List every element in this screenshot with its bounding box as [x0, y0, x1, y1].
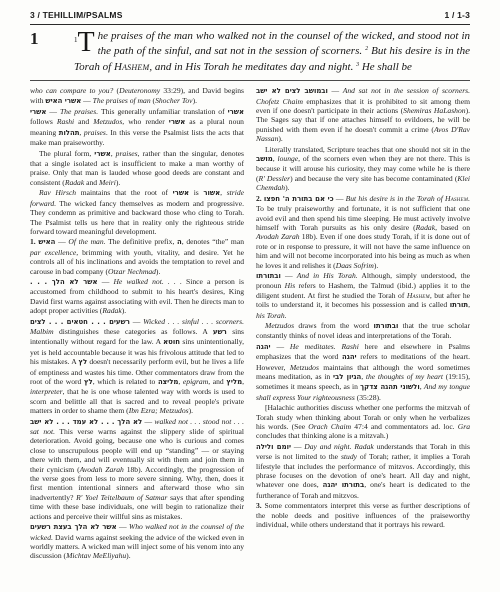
- commentary-paragraph: The plural form, אשרי, praises, rather t…: [30, 149, 244, 188]
- text-run: , denotes “the” man: [182, 237, 244, 246]
- book-page: 3 / TEHILLIM/PSALMS 1 / 1-3 1 1The prais…: [0, 0, 500, 592]
- text-run: לץ: [78, 358, 87, 366]
- text-run: אשור: [203, 189, 220, 197]
- text-run: Avodah Zarah: [80, 465, 124, 474]
- text-run: אשרי האיש: [45, 97, 81, 105]
- text-run: Chofetz Chaim: [256, 97, 303, 106]
- text-run: The plural form,: [39, 149, 94, 158]
- text-run: תהלות: [59, 129, 80, 137]
- text-run: Day and night.: [304, 442, 351, 451]
- commentary-column-left: who can compare to you? (Deuteronomy 33:…: [30, 86, 244, 562]
- text-run: .: [468, 194, 470, 203]
- verse-dropcap-group: 1T: [74, 31, 95, 55]
- text-run: praises: [84, 128, 106, 137]
- text-run: מושב: [256, 155, 273, 163]
- text-run: ).: [116, 178, 120, 187]
- text-run: ).: [374, 261, 378, 270]
- text-run: 47:4 and commentators ad. loc.: [351, 422, 458, 431]
- text-run: study: [341, 452, 357, 461]
- text-run: —: [291, 442, 304, 451]
- text-run: . . . אשר לא הלך: [30, 278, 98, 286]
- text-run: —: [281, 271, 297, 280]
- text-run: Metzudos: [290, 363, 319, 372]
- verse-section: 1 1The praises of the man who walked not…: [30, 30, 470, 74]
- text-run: Metzudos: [265, 321, 294, 330]
- text-run: לא הלך . . . לא עמד . . . לא ישב: [30, 418, 142, 426]
- text-run: and: [74, 117, 93, 126]
- text-run: —: [271, 342, 290, 351]
- text-run: interpreter: [30, 387, 63, 396]
- text-run: Of the man.: [68, 237, 105, 246]
- text-run: אשרי: [169, 118, 185, 126]
- text-run: follows: [30, 117, 57, 126]
- text-run: ).: [189, 406, 193, 415]
- text-run: The praises.: [60, 107, 98, 116]
- text-run: מליץ: [226, 378, 242, 386]
- text-run: , based on: [435, 223, 470, 232]
- text-run: Rashi: [57, 117, 74, 126]
- text-run: אשרי: [173, 189, 189, 197]
- text-run: lounge: [277, 154, 298, 163]
- text-run: ) and because the very site has become c…: [290, 174, 457, 183]
- text-run: בתורתו יהגה: [323, 481, 365, 489]
- commentary-paragraph: ובתורתו — And in His Torah. Although, si…: [256, 271, 470, 320]
- commentary-paragraph: 1. האיש — Of the man. The definitive pre…: [30, 237, 244, 276]
- text-run: Hashem: [407, 291, 430, 300]
- text-run: He walked not. . . .: [113, 277, 181, 286]
- text-run: Wicked . . . sinful . . . scorners.: [143, 317, 244, 326]
- text-run: , who render: [122, 117, 169, 126]
- text-run: his Torah: [256, 311, 285, 320]
- text-run: , and in His Torah he meditates day and …: [149, 61, 356, 73]
- text-run: אשרי: [94, 150, 110, 158]
- verse-runs: he praises of the man who walked not in …: [74, 30, 470, 73]
- text-run: ).: [278, 134, 282, 143]
- text-run: ולשוני תהגה צדקך: [360, 383, 420, 391]
- text-run: and: [84, 178, 99, 187]
- text-run: תורתו: [450, 301, 468, 309]
- text-run: Radak: [102, 306, 121, 315]
- text-run: ובמושב לצים לא ישב: [256, 87, 328, 95]
- text-run: His: [285, 281, 296, 290]
- text-run: מליצה: [158, 378, 178, 386]
- text-run: This generally unfamiliar translation of: [98, 107, 227, 116]
- text-run: Michtav MeEliyahu: [66, 551, 126, 560]
- text-run: Meiri: [99, 178, 116, 187]
- text-run: Metzudos: [93, 117, 122, 126]
- text-run: , which is related to: [93, 377, 158, 386]
- text-run: כי אם בתורת ה' חפצו: [264, 195, 334, 203]
- commentary-paragraph: Rav Hirsch maintains that the root of אש…: [30, 188, 244, 236]
- text-run: And in His Torah.: [297, 271, 358, 280]
- verse-dropcap: T: [78, 27, 95, 58]
- text-run: Hashem: [114, 61, 149, 73]
- text-run: —: [55, 237, 68, 246]
- text-run: לץ: [84, 378, 93, 386]
- commentary-paragraph: Literally translated, Scripture teaches …: [256, 145, 470, 193]
- verse-text-block: 1The praises of the man who walked not i…: [74, 30, 470, 74]
- text-run: Gra: [458, 422, 470, 431]
- commentary-paragraph: 3. Some commentators interpret this vers…: [256, 501, 470, 529]
- text-run: R' Dessler: [259, 174, 291, 183]
- page-header: 3 / TEHILLIM/PSALMS 1 / 1-3: [30, 10, 470, 25]
- commentary-paragraph: אשר לא הלך בעצת רשעים — Who walked not i…: [30, 522, 244, 561]
- text-run: יומם ולילה: [256, 443, 291, 451]
- chapter-number: 1: [30, 30, 74, 74]
- text-run: ובתורתו: [256, 272, 281, 280]
- text-run: Literally translated, Scripture teaches …: [265, 145, 470, 154]
- text-run: Hashem: [445, 194, 468, 203]
- text-run: —: [328, 86, 343, 95]
- text-run: אשר לא הלך בעצת רשעים: [30, 523, 117, 531]
- text-run: Shemiras HaLashon: [403, 106, 465, 115]
- text-run: The wicked fancy themselves as modern an…: [30, 199, 244, 236]
- text-run: Rav Hirsch: [39, 188, 76, 197]
- text-run: distinguishes these categories as follow…: [54, 327, 213, 336]
- text-run: Shocher Tov: [155, 96, 192, 105]
- commentary-paragraph: [Halachic authorities discuss whether on…: [256, 403, 470, 441]
- text-run: draws from the word: [294, 321, 373, 330]
- text-run: ).: [193, 96, 197, 105]
- text-run: יהגה: [256, 343, 271, 351]
- text-run: אשרי: [228, 108, 244, 116]
- text-run: Radak: [65, 178, 84, 187]
- text-run: רשע: [213, 328, 227, 336]
- text-run: —: [117, 522, 129, 531]
- text-run: ).: [126, 551, 130, 560]
- text-run: Radak: [416, 223, 435, 232]
- text-run: The definitive prefix,: [106, 237, 178, 246]
- text-run: But his desire is in the Torah of: [346, 194, 445, 203]
- text-run: Radak: [354, 442, 373, 451]
- text-run: Avodah Zarah: [256, 232, 300, 241]
- text-run: ,: [468, 300, 470, 309]
- text-run: ).: [156, 267, 160, 276]
- commentary-paragraph: 2. כי אם בתורת ה' חפצו — But his desire …: [256, 194, 470, 270]
- text-run: האיש: [38, 238, 55, 246]
- text-run: The praises of man: [93, 96, 151, 105]
- commentary-paragraph: יהגה — He meditates. Rashi here and else…: [256, 342, 470, 402]
- text-run: ).: [122, 306, 126, 315]
- text-run: maintains that the root of: [76, 188, 173, 197]
- text-run: He meditates.: [290, 342, 336, 351]
- text-run: —: [46, 107, 60, 116]
- text-run: concludes that thinking alone is a mitzv…: [256, 431, 388, 440]
- text-run: Deuteronomy: [119, 86, 160, 95]
- text-run: , and: [208, 377, 226, 386]
- commentary-paragraph: אשרי — The praises. This generally unfam…: [30, 107, 244, 148]
- text-run: par excellence: [30, 248, 76, 257]
- text-run: .: [285, 311, 287, 320]
- text-run: David warns against seeking the advice o…: [30, 533, 244, 561]
- text-run: (35:28).: [355, 393, 381, 402]
- commentary-paragraph: יומם ולילה — Day and night. Radak unders…: [256, 442, 470, 500]
- text-run: the thoughts of my heart: [366, 372, 443, 381]
- text-run: —: [81, 96, 92, 105]
- text-run: ,: [242, 377, 244, 386]
- text-run: who can compare to you?: [30, 86, 113, 95]
- text-run: praises: [116, 149, 138, 158]
- header-right-psalm-verses: 1 / 1-3: [445, 10, 471, 20]
- text-run: And sat not in the session of scorners.: [343, 86, 470, 95]
- text-run: —: [142, 417, 154, 426]
- commentary-column-right: ובמושב לצים לא ישב — And sat not in the …: [256, 86, 470, 562]
- commentary-paragraph: who can compare to you? (Deuteronomy 33:…: [30, 86, 244, 106]
- text-run: Daas Sofrim: [336, 261, 374, 270]
- text-run: 3.: [256, 501, 265, 510]
- text-run: אשרי: [30, 108, 46, 116]
- text-run: Rashi: [342, 342, 359, 351]
- text-run: He shall be: [359, 61, 412, 73]
- text-run: ובתורתו: [373, 322, 398, 330]
- text-run: —: [130, 317, 143, 326]
- commentary-paragraph: . . . אשר לא הלך — He walked not. . . . …: [30, 277, 244, 316]
- text-run: is: [189, 188, 203, 197]
- commentary-paragraph: לא הלך . . . לא עמד . . . לא ישב — walke…: [30, 417, 244, 521]
- header-left-running-title: 3 / TEHILLIM/PSALMS: [30, 10, 123, 20]
- commentary-paragraph: רשעים . . . חטאים . . . לצים — Wicked . …: [30, 317, 244, 416]
- text-run: חוטא: [163, 338, 180, 346]
- text-run: Malbim: [30, 327, 54, 336]
- text-run: R' Yoel Teitelbaum of Satmar: [76, 493, 167, 502]
- text-run: יהגה: [342, 353, 357, 361]
- text-run: epigram: [183, 377, 208, 386]
- text-run: Ibn Ezra; Metzudos: [129, 406, 189, 415]
- text-run: 2.: [256, 194, 264, 203]
- text-run: Otzar Nechmad: [108, 267, 156, 276]
- commentary-paragraph: ובמושב לצים לא ישב — And sat not in the …: [256, 86, 470, 143]
- text-run: Orach Chaim: [308, 422, 351, 431]
- text-run: רשעים . . . חטאים . . . לצים: [30, 318, 130, 326]
- text-run: הגיון לבי: [333, 373, 361, 381]
- commentary-paragraph: Metzudos draws from the word ובתורתו tha…: [256, 321, 470, 341]
- text-run: ).: [285, 183, 289, 192]
- section-divider-rule: [30, 80, 470, 81]
- text-run: Some commentators interpret this verse a…: [256, 501, 470, 529]
- commentary-columns: who can compare to you? (Deuteronomy 33:…: [30, 86, 470, 562]
- text-run: —: [98, 277, 114, 286]
- text-run: —: [334, 194, 346, 203]
